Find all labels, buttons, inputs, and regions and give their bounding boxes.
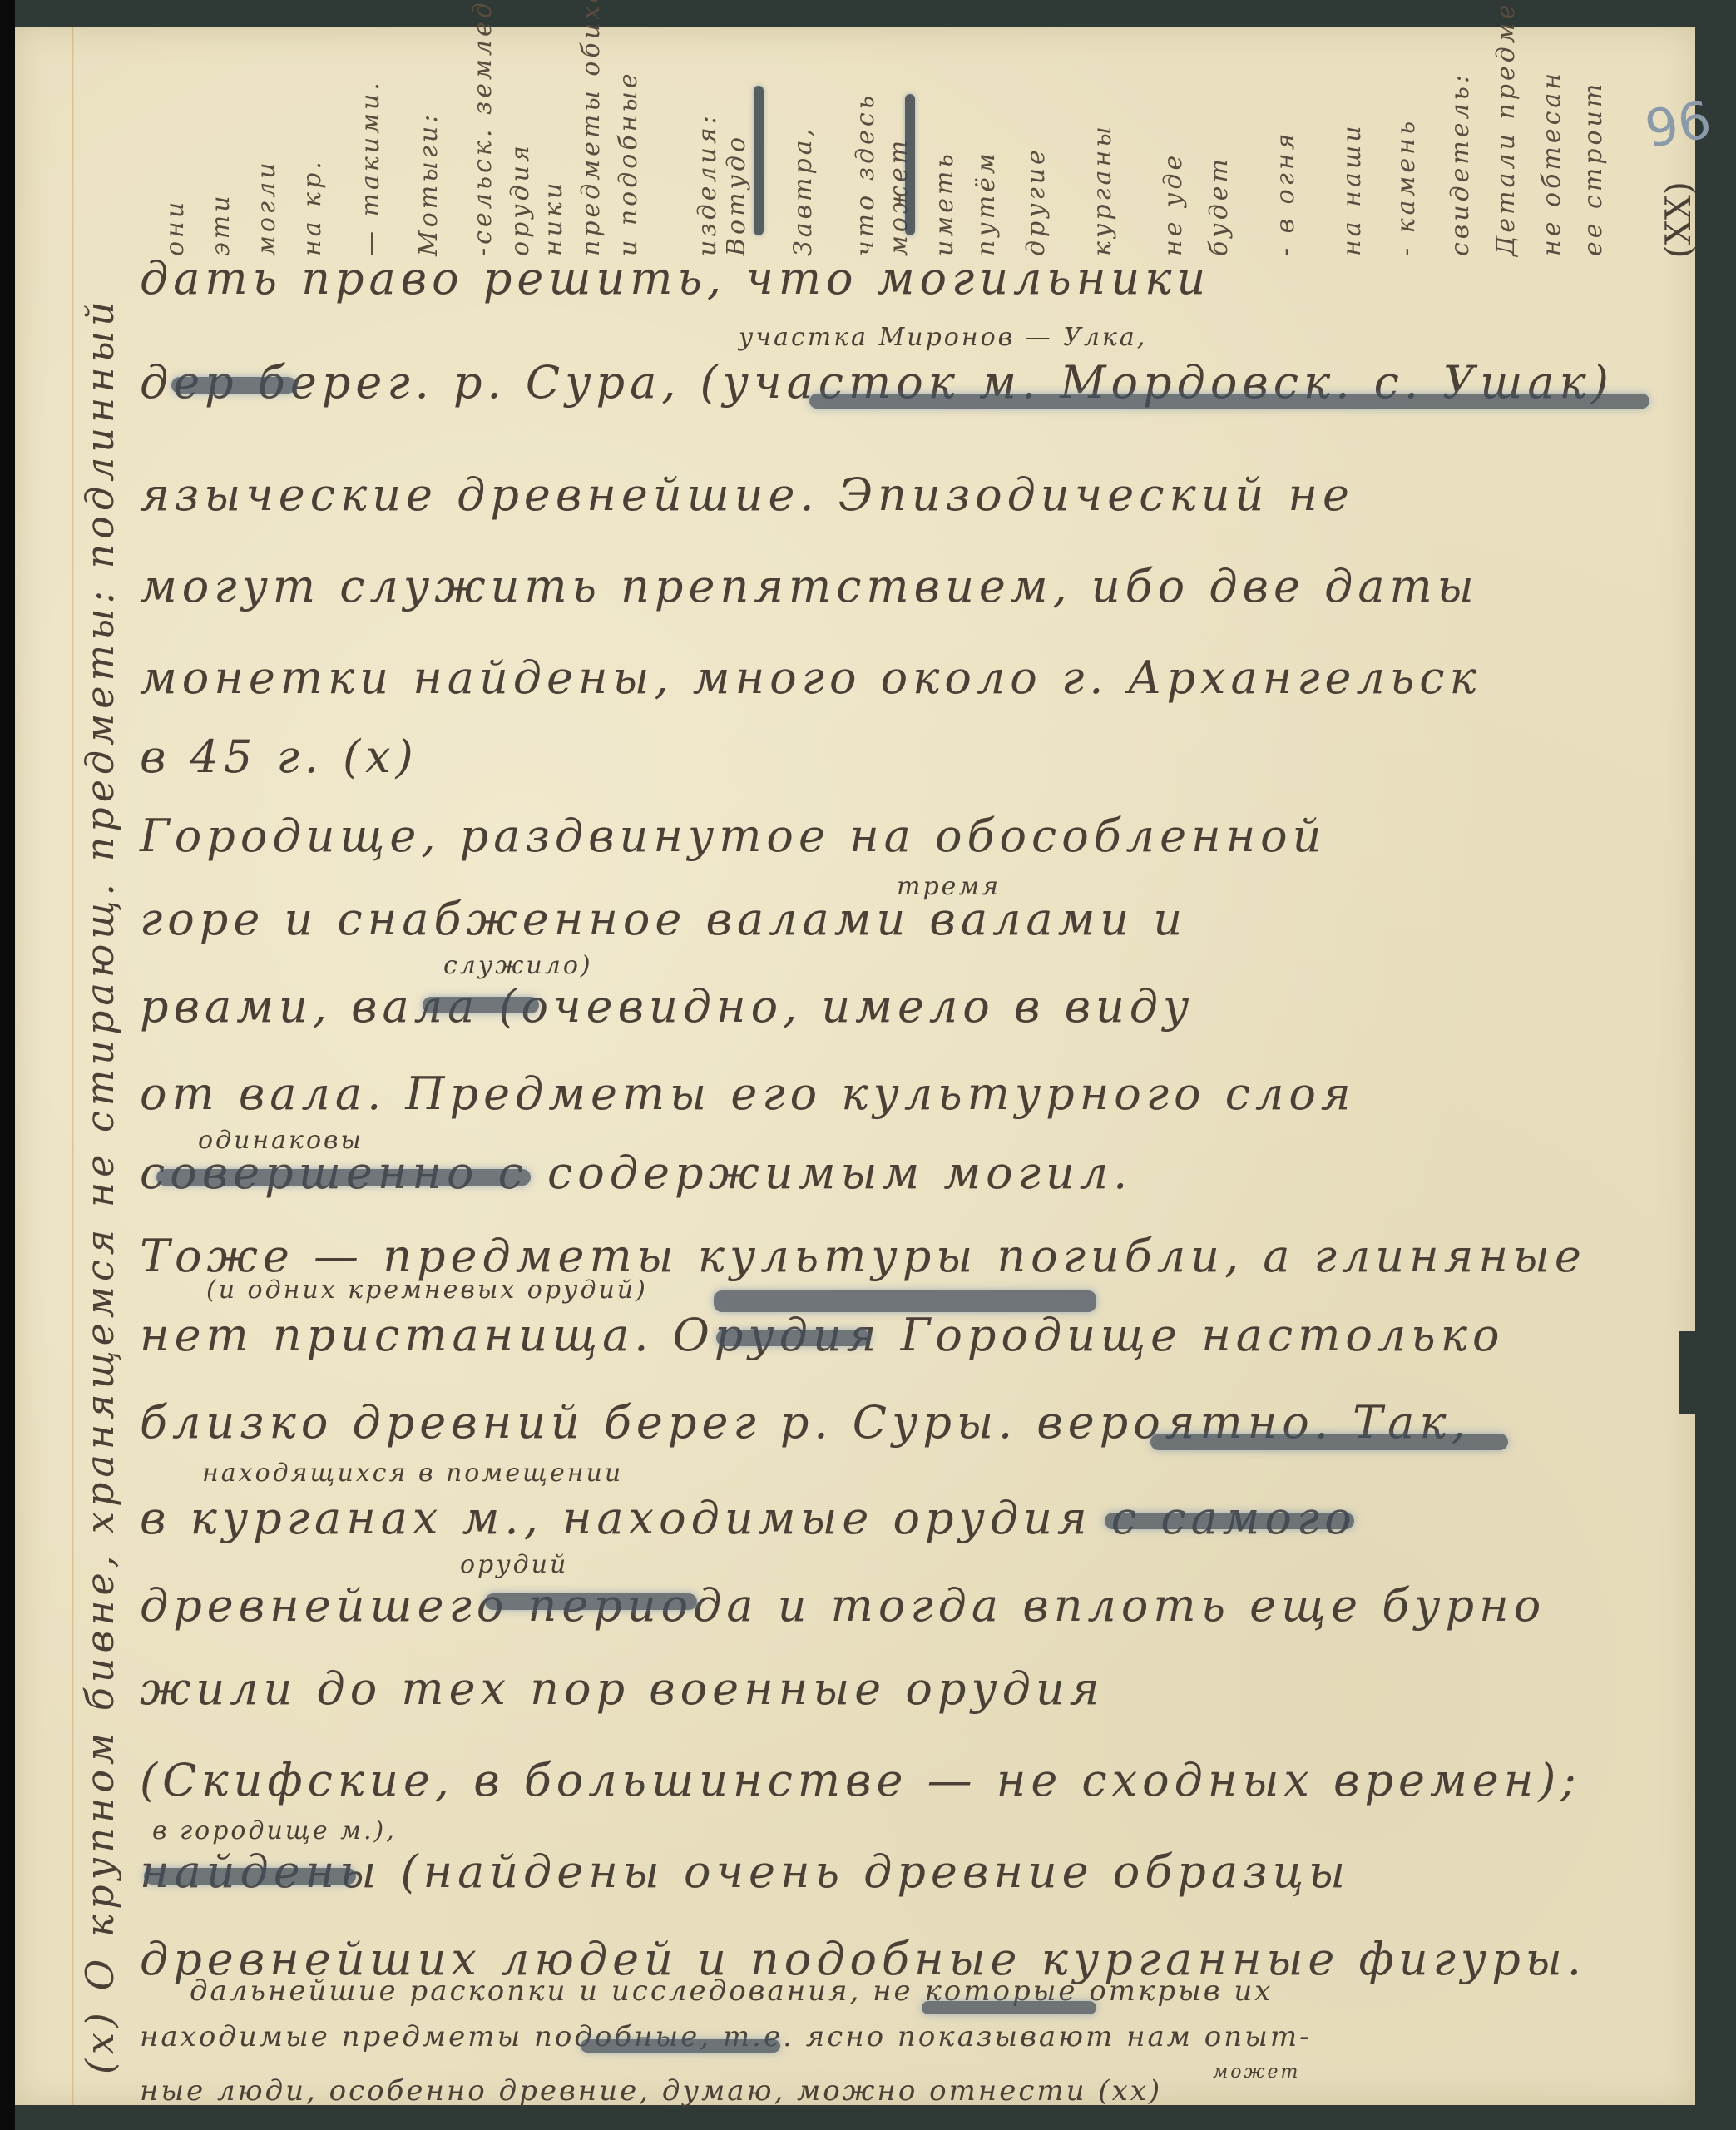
strikethrough-mark: [156, 1169, 531, 1186]
text-line: Тоже — предметы культуры погибли, а глин…: [140, 1230, 1586, 1282]
margin-word: что здесь: [851, 73, 880, 256]
margin-word: — такими.: [356, 73, 385, 256]
manuscript-page: 96 (XX) (x) О крупном бивне, хранящемся …: [15, 27, 1695, 2105]
margin-word: будет: [1204, 73, 1234, 256]
strikethrough-mark: [485, 1593, 697, 1610]
margin-word: другие: [1021, 73, 1051, 256]
margin-strikethrough: [754, 86, 764, 235]
text-line: горе и снабженное валами валами и: [140, 893, 1187, 945]
strikethrough-mark: [423, 997, 539, 1013]
margin-word: не уде: [1159, 73, 1188, 256]
strikethrough-mark: [581, 2039, 780, 2053]
interlinear-insert: орудий: [460, 1550, 568, 1579]
text-line: от вала. Предметы его культурного слоя: [140, 1067, 1356, 1120]
margin-strikethrough: [905, 94, 915, 235]
margin-word: курганы: [1088, 73, 1117, 256]
left-margin-note: (x) О крупном бивне, хранящемся не стира…: [77, 144, 122, 2074]
folio-number: 96: [1640, 89, 1715, 161]
text-line: могут служить препятствием, ибо две даты: [140, 560, 1479, 612]
margin-word: путём: [972, 73, 1001, 256]
paper-fold-line: [72, 27, 74, 2105]
margin-word: - камень: [1392, 73, 1421, 256]
margin-word: орудия: [506, 73, 535, 256]
strikethrough-mark: [1105, 1513, 1354, 1529]
margin-word: они: [161, 73, 190, 256]
margin-word: свидетель:: [1446, 73, 1475, 256]
strikethrough-mark: [716, 1330, 870, 1346]
interlinear-insert: участка Миронов — Улка,: [739, 323, 1147, 352]
margin-word: предметы обихода: [576, 73, 606, 256]
margin-word: на наши: [1338, 73, 1367, 256]
strikethrough-mark: [144, 1868, 356, 1885]
margin-word: - в огня: [1271, 73, 1300, 256]
text-line: в 45 г. (x): [140, 731, 418, 783]
strikethrough-mark: [809, 394, 1649, 409]
margin-word: ники: [539, 73, 568, 256]
margin-word: изделия:: [693, 73, 722, 256]
text-line: языческие древнейшие. Эпизодический не: [140, 468, 1354, 521]
text-line: монетки найдены, много около г. Архангел…: [140, 651, 1481, 704]
margin-word: -сельск. земледел.: [468, 73, 497, 256]
margin-word: Завтра,: [789, 73, 818, 256]
text-line: жили до тех пор военные орудия: [140, 1662, 1105, 1715]
page-edge-tear: [1679, 1331, 1695, 1414]
text-line: рвами, вала (очевидно, имело в виду: [140, 980, 1194, 1033]
text-line: Городище, раздвинутое на обособленной: [140, 810, 1326, 862]
margin-word: Мотыги:: [414, 73, 443, 256]
strikethrough-mark: [922, 2001, 1096, 2014]
strikethrough-mark: [171, 377, 296, 394]
footnote-line: дальнейшие раскопки и исследования, не к…: [190, 1974, 1273, 2008]
margin-word: могли: [252, 73, 281, 256]
margin-word: на кр.: [298, 73, 327, 256]
interlinear-insert: (и одних кремневых орудий): [206, 1276, 648, 1305]
footnote-interlinear: может: [1213, 2062, 1300, 2083]
margin-word: не обтесан: [1537, 73, 1566, 256]
margin-word: ее строит: [1579, 73, 1608, 256]
footnote-mark-top: (XX): [1658, 181, 1699, 259]
scan-frame-left-edge: [0, 0, 15, 2130]
margin-word: Детали предмет:: [1491, 73, 1521, 256]
margin-word: Вотудо: [722, 73, 751, 256]
interlinear-insert: в городище м.),: [152, 1816, 397, 1845]
interlinear-insert: находящихся в помещении: [202, 1459, 623, 1488]
margin-word: и подобные: [614, 73, 643, 256]
footnote-line: ные люди, особенно древние, думаю, можно…: [140, 2074, 1162, 2108]
text-line: древнейшего периода и тогда вплоть еще б…: [140, 1579, 1546, 1632]
strikethrough-mark: [1150, 1434, 1508, 1450]
text-line: дать право решить, что могильники: [140, 252, 1210, 305]
margin-word: эти: [206, 73, 235, 256]
margin-word: иметь: [930, 73, 959, 256]
interlinear-insert: служило): [443, 951, 593, 980]
text-line: (Скифские, в большинстве — не сходных вр…: [140, 1754, 1581, 1806]
